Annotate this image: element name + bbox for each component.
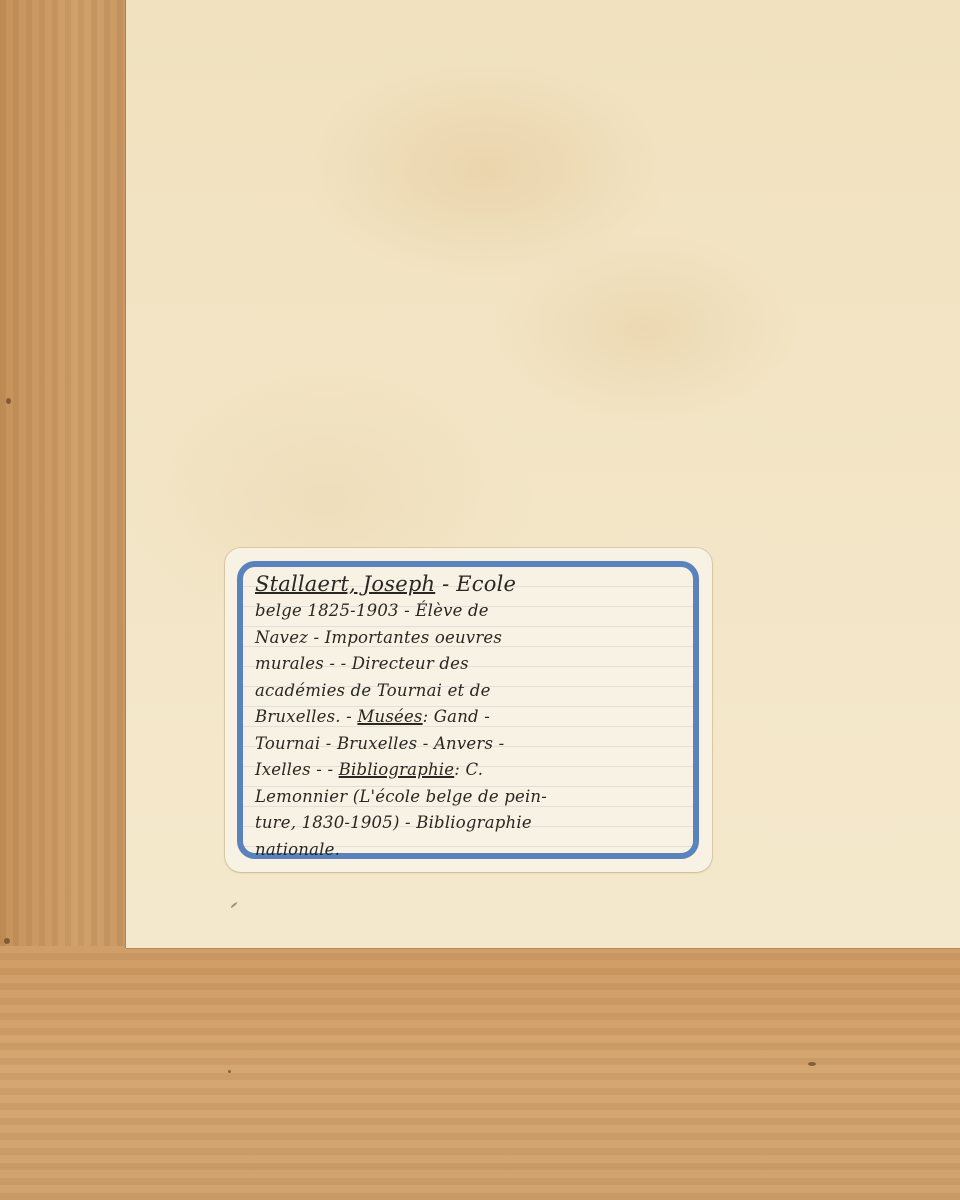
label-line-6: Bruxelles. - Musées: Gand - [255,704,690,731]
label-line-4: murales - - Directeur des [255,651,690,678]
label-line-9: Lemonnier (L'école belge de pein- [255,784,690,811]
label-text-segment: Ixelles - - [255,760,339,779]
label-text-segment: Bruxelles. - [255,707,357,726]
label-line-7: Tournai - Bruxelles - Anvers - [255,731,690,758]
stain-mark [6,398,11,404]
cardboard-backing-bottom [0,946,960,1200]
stain-mark [228,1070,231,1073]
label-line-1: Stallaert, Joseph - Ecole [255,570,690,598]
cardboard-backing-left [0,0,128,948]
label-line-8: Ixelles - - Bibliographie: C. [255,757,690,784]
artist-name: Stallaert, Joseph [255,572,435,596]
stain-mark [4,938,10,944]
label-text-segment: : C. [454,760,483,779]
label-text-segment: : Gand - [423,707,490,726]
ink-scratch [230,902,237,909]
label-handwritten-text: Stallaert, Joseph - Ecole belge 1825-190… [255,570,690,863]
stain-mark [808,1062,816,1066]
label-text-segment: - Ecole [435,572,516,596]
museums-heading: Musées [357,707,422,726]
index-card-label: Stallaert, Joseph - Ecole belge 1825-190… [225,548,712,872]
bibliography-heading: Bibliographie [339,760,455,779]
label-line-10: ture, 1830-1905) - Bibliographie [255,810,690,837]
label-line-3: Navez - Importantes oeuvres [255,625,690,652]
label-line-11: nationale. [255,837,690,864]
label-line-5: académies de Tournai et de [255,678,690,705]
label-line-2: belge 1825-1903 - Élève de [255,598,690,625]
